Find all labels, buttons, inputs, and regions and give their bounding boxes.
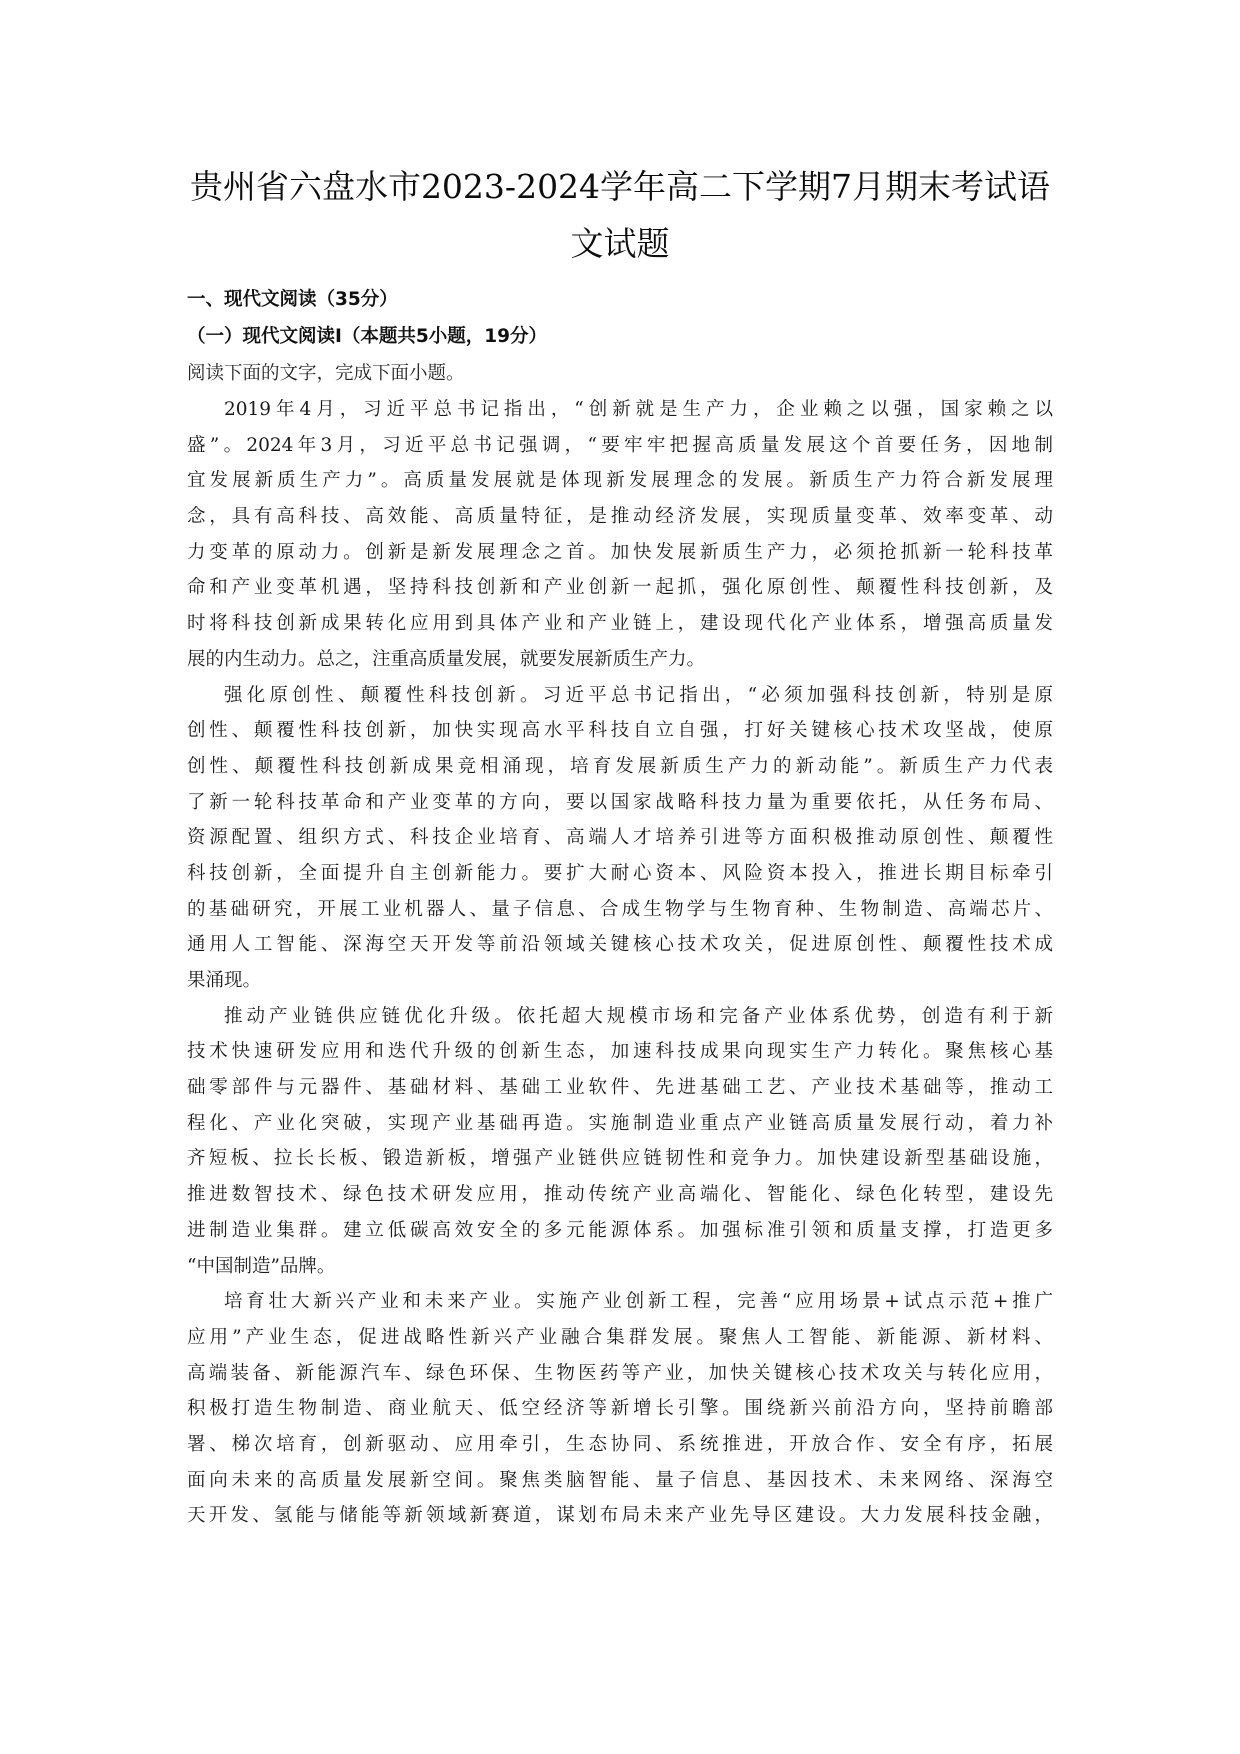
text-line: 念，具有高科技、高效能、高质量特征，是推动经济发展，实现质量变革、效率变革、动 <box>187 499 1053 535</box>
text-line: 盛”。2024年3月，习近平总书记强调，“要牢牢把握高质量发展这个首要任务，因地… <box>187 428 1053 464</box>
exam-page: 贵州省六盘水市2023-2024学年高二下学期7月期末考试语 文试题 一、现代文… <box>187 158 1053 1534</box>
text-line: 齐短板、拉长长板、锻造新板，增强产业链供应链韧性和竞争力。加快建设新型基础设施， <box>187 1141 1053 1177</box>
text-line: 进制造业集群。建立低碳高效安全的多元能源体系。加强标准引领和质量支撑，打造更多 <box>187 1213 1053 1249</box>
text-line: 的基础研究，开展工业机器人、量子信息、合成生物学与生物育种、生物制造、高端芯片、 <box>187 892 1053 928</box>
text-line: 资源配置、组织方式、科技企业培育、高端人才培养引进等方面积极推动原创性、颠覆性 <box>187 820 1053 856</box>
text-line: 面向未来的高质量发展新空间。聚焦类脑智能、量子信息、基因技术、未来网络、深海空 <box>187 1463 1053 1499</box>
text-line: 创性、颠覆性科技创新，加快实现高水平科技自立自强，打好关键核心技术攻坚战，使原 <box>187 713 1053 749</box>
text-line: 推进数智技术、绿色技术研发应用，推动传统产业高端化、智能化、绿色化转型，建设先 <box>187 1177 1053 1213</box>
text-line: 高端装备、新能源汽车、绿色环保、生物医药等产业，加快关键核心技术攻关与转化应用， <box>187 1356 1053 1392</box>
title-line-1: 贵州省六盘水市2023-2024学年高二下学期7月期末考试语 <box>187 158 1053 215</box>
paragraph-3: 推动产业链供应链优化升级。依托超大规模市场和完备产业体系优势，创造有利于新 技术… <box>187 999 1053 1285</box>
text-line: 署、梯次培育，创新驱动、应用牵引，生态协同、系统推进，开放合作、安全有序，拓展 <box>187 1427 1053 1463</box>
text-line: 了新一轮科技革命和产业变革的方向，要以国家战略科技力量为重要依托，从任务布局、 <box>187 785 1053 821</box>
text-line: 强化原创性、颠覆性科技创新。习近平总书记指出，“必须加强科技创新，特别是原 <box>187 678 1053 714</box>
document-title: 贵州省六盘水市2023-2024学年高二下学期7月期末考试语 文试题 <box>187 158 1053 272</box>
text-line: 力变革的原动力。创新是新发展理念之首。加快发展新质生产力，必须抢抓新一轮科技革 <box>187 535 1053 571</box>
title-line-2: 文试题 <box>187 215 1053 272</box>
text-line: 命和产业变革机遇，坚持科技创新和产业创新一起抓，强化原创性、颠覆性科技创新，及 <box>187 570 1053 606</box>
text-line: 积极打造生物制造、商业航天、低空经济等新增长引擎。围绕新兴前沿方向，坚持前瞻部 <box>187 1391 1053 1427</box>
text-line: “中国制造”品牌。 <box>187 1249 1053 1285</box>
text-line: 展的内生动力。总之，注重高质量发展，就要发展新质生产力。 <box>187 642 1053 678</box>
text-line: 应用”产业生态，促进战略性新兴产业融合集群发展。聚焦人工智能、新能源、新材料、 <box>187 1320 1053 1356</box>
text-line: 通用人工智能、深海空天开发等前沿领域关键核心技术攻关，促进原创性、颠覆性技术成 <box>187 927 1053 963</box>
paragraph-4: 培育壮大新兴产业和未来产业。实施产业创新工程，完善“应用场景+试点示范+推广 应… <box>187 1284 1053 1534</box>
text-line: 程化、产业化突破，实现产业基础再造。实施制造业重点产业链高质量发展行动，着力补 <box>187 1106 1053 1142</box>
text-line: 推动产业链供应链优化升级。依托超大规模市场和完备产业体系优势，创造有利于新 <box>187 999 1053 1035</box>
paragraph-1: 2019年4月，习近平总书记指出，“创新就是生产力，企业赖之以强，国家赖之以 盛… <box>187 392 1053 678</box>
text-line: 培育壮大新兴产业和未来产业。实施产业创新工程，完善“应用场景+试点示范+推广 <box>187 1284 1053 1320</box>
reading-instruction: 阅读下面的文字，完成下面小题。 <box>187 355 1053 392</box>
text-line: 宜发展新质生产力”。高质量发展就是体现新发展理念的发展。新质生产力符合新发展理 <box>187 463 1053 499</box>
text-line: 科技创新，全面提升自主创新能力。要扩大耐心资本、风险资本投入，推进长期目标牵引 <box>187 856 1053 892</box>
subsection-heading: （一）现代文阅读Ⅰ（本题共5小题，19分） <box>187 318 1053 355</box>
text-line: 天开发、氢能与储能等新领域新赛道，谋划布局未来产业先导区建设。大力发展科技金融， <box>187 1498 1053 1534</box>
text-line: 果涌现。 <box>187 963 1053 999</box>
text-line: 时将科技创新成果转化应用到具体产业和产业链上，建设现代化产业体系，增强高质量发 <box>187 606 1053 642</box>
section-heading: 一、现代文阅读（35分） <box>187 281 1053 318</box>
text-line: 2019年4月，习近平总书记指出，“创新就是生产力，企业赖之以强，国家赖之以 <box>187 392 1053 428</box>
text-line: 技术快速研发应用和迭代升级的创新生态，加速科技成果向现实生产力转化。聚焦核心基 <box>187 1034 1053 1070</box>
paragraph-2: 强化原创性、颠覆性科技创新。习近平总书记指出，“必须加强科技创新，特别是原 创性… <box>187 678 1053 999</box>
text-line: 创性、颠覆性科技创新成果竞相涌现，培育发展新质生产力的新动能”。新质生产力代表 <box>187 749 1053 785</box>
text-line: 础零部件与元器件、基础材料、基础工业软件、先进基础工艺、产业技术基础等，推动工 <box>187 1070 1053 1106</box>
